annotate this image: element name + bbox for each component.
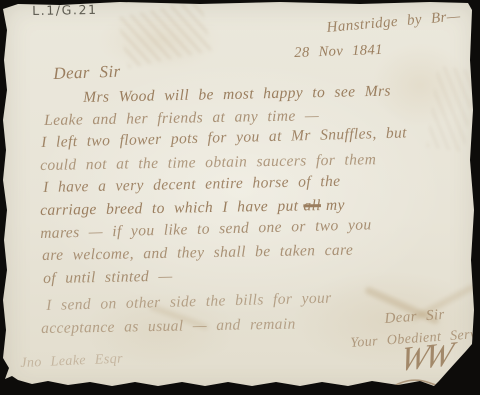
body-line-5: I have a very decent entire horse of the xyxy=(43,173,341,197)
body-line-4: could not at the time obtain saucers for… xyxy=(40,151,376,175)
letter-photograph: L.1/G.21 Hanstridge by Br— 28 Nov 1841 D… xyxy=(0,0,480,395)
closing-salute: Dear Sir xyxy=(384,307,445,328)
letter-paper: L.1/G.21 Hanstridge by Br— 28 Nov 1841 D… xyxy=(0,0,480,395)
ink-showthrough-smudge xyxy=(118,0,212,68)
body-line-6-text: my xyxy=(326,197,345,214)
dateline-place: Hanstridge by Br— xyxy=(326,8,461,37)
body-line-6-text: carriage breed to which I have put xyxy=(40,197,299,219)
body-line-6: carriage breed to which I have putallmy xyxy=(40,197,345,220)
dateline-date: 28 Nov 1841 xyxy=(294,42,383,62)
body-line-1: Mrs Wood will be most happy to see Mrs xyxy=(83,83,391,107)
body-line-7: mares — if you like to send one or two y… xyxy=(40,216,372,243)
addressee-docket: Jno Leake Esqr xyxy=(20,352,123,372)
body-line-2: Leake and her friends at any time — xyxy=(44,107,319,130)
archival-reference: L.1/G.21 xyxy=(32,2,98,18)
body-line-11: acceptance as usual — and remain xyxy=(41,316,296,338)
body-line-8: are welcome, and they shall be taken car… xyxy=(42,242,353,265)
struck-out-word: all xyxy=(303,197,321,214)
body-line-9: of until stinted — xyxy=(43,268,173,288)
body-line-10: I send on other side the bills for your xyxy=(46,290,332,315)
salutation: Dear Sir xyxy=(53,62,121,84)
ink-showthrough-smudge xyxy=(426,66,475,152)
signature-flourish-stroke xyxy=(392,374,478,390)
